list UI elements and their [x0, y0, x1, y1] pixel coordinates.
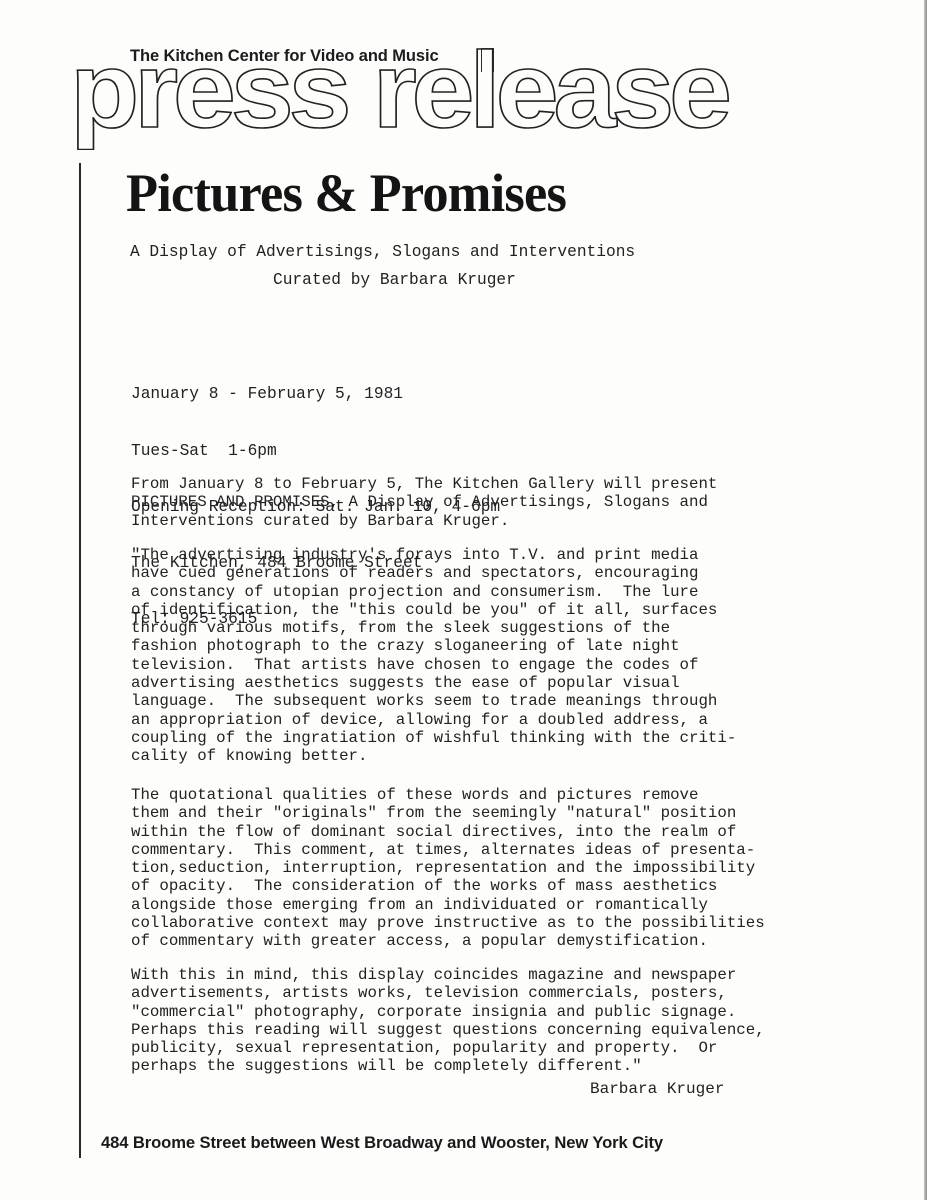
text-line: perhaps the suggestions will be complete… [131, 1057, 765, 1075]
text-line: an appropriation of device, allowing for… [131, 711, 736, 729]
footer-address: 484 Broome Street between West Broadway … [101, 1133, 663, 1153]
text-line: within the flow of dominant social direc… [131, 823, 765, 841]
text-line: From January 8 to February 5, The Kitche… [131, 475, 717, 493]
text-line: have cued generations of readers and spe… [131, 564, 736, 582]
paragraph-statement-3: With this in mind, this display coincide… [131, 966, 765, 1076]
paragraph-announcement: From January 8 to February 5, The Kitche… [131, 475, 717, 530]
text-line: fashion photograph to the crazy sloganee… [131, 637, 736, 655]
text-line: advertisements, artists works, televisio… [131, 984, 765, 1002]
text-line: cality of knowing better. [131, 747, 736, 765]
text-line: The quotational qualities of these words… [131, 786, 765, 804]
text-line: tion,seduction, interruption, representa… [131, 859, 765, 877]
paragraph-statement-2: The quotational qualities of these words… [131, 786, 765, 951]
text-line: "The advertising industry's forays into … [131, 546, 736, 564]
signature: Barbara Kruger [590, 1080, 724, 1098]
text-line: coupling of the ingratiation of wishful … [131, 729, 736, 747]
text-line: "commercial" photography, corporate insi… [131, 1003, 765, 1021]
text-line: Interventions curated by Barbara Kruger. [131, 512, 717, 530]
gallery-hours: Tues-Sat 1-6pm [131, 442, 500, 461]
text-line: a constancy of utopian projection and co… [131, 583, 736, 601]
text-line: television. That artists have chosen to … [131, 656, 736, 674]
text-line: PICTURES AND PROMISES, A Display of Adve… [131, 493, 717, 511]
paragraph-statement-1: "The advertising industry's forays into … [131, 546, 736, 766]
exhibition-subtitle: A Display of Advertisings, Slogans and I… [130, 243, 635, 261]
page-title: Pictures & Promises [126, 162, 566, 224]
text-line: publicity, sexual representation, popula… [131, 1039, 765, 1057]
event-dates: January 8 - February 5, 1981 [131, 385, 500, 404]
text-line: collaborative context may prove instruct… [131, 914, 765, 932]
left-margin-rule [79, 163, 81, 1158]
text-line: commentary. This comment, at times, alte… [131, 841, 765, 859]
text-line: advertising aesthetics suggests the ease… [131, 674, 736, 692]
text-line: of identification, the "this could be yo… [131, 601, 736, 619]
masthead-bar-ornament [481, 48, 494, 72]
text-line: Perhaps this reading will suggest questi… [131, 1021, 765, 1039]
press-release-wordmark: press release [70, 36, 727, 144]
text-line: alongside those emerging from an individ… [131, 896, 765, 914]
text-line: of opacity. The consideration of the wor… [131, 877, 765, 895]
text-line: through various motifs, from the sleek s… [131, 619, 736, 637]
text-line: of commentary with greater access, a pop… [131, 932, 765, 950]
curator-line: Curated by Barbara Kruger [273, 271, 516, 289]
text-line: language. The subsequent works seem to t… [131, 692, 736, 710]
text-line: With this in mind, this display coincide… [131, 966, 765, 984]
text-line: them and their "originals" from the seem… [131, 804, 765, 822]
